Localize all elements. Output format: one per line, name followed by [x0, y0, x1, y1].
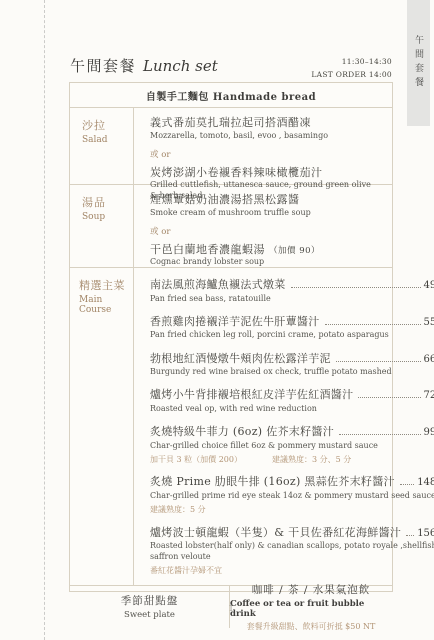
main-dish-6-zh: 炙燒 Prime 肋眼牛排 (16oz) 黑蒜佐芥末籽醬汁	[150, 473, 395, 489]
main-dish-2-zh: 香煎雞肉捲襯洋芋泥佐牛肝蕈醬汁	[150, 313, 320, 329]
dot-leader	[336, 361, 421, 362]
page-title: 午間套餐Lunch set	[70, 55, 218, 76]
salad-content-cell: 義式番茄莫扎瑞拉起司搭酒醋凍 Mozzarella, tomoto, basil…	[134, 108, 392, 184]
drink-zh: 咖啡 / 茶 / 水果氣泡飲	[252, 582, 370, 597]
soup-label-cell: 湯品 Soup	[70, 185, 134, 267]
dot-leader	[358, 397, 420, 398]
salad-or-separator: 或 or	[150, 148, 379, 160]
dot-leader	[339, 434, 421, 435]
main-dish-5-note-doneness: 建議熟度：3 分、5 分	[272, 454, 351, 465]
main-course-row: 精選主菜 Main Course 南法風煎海鱸魚襯法式燉菜 490 Pan fr…	[70, 268, 392, 586]
main-label-zh: 精選主菜	[79, 277, 133, 293]
fold-dashed-line	[44, 0, 45, 640]
main-dish-2-price: 550	[424, 317, 434, 328]
main-dish-7-zh: 爐烤波士頓龍蝦（半隻）& 干貝佐番紅花海鮮醬汁	[150, 524, 401, 540]
salad-label-en: Salad	[82, 135, 133, 145]
main-dish-4-line: 爐烤小牛背排襯培根紅皮洋芋佐紅酒醬汁 720	[150, 386, 434, 402]
main-dish-4: 爐烤小牛背排襯培根紅皮洋芋佐紅酒醬汁 720 Roasted veal op, …	[150, 386, 434, 414]
main-dish-5: 炙燒特級牛菲力 (6oz) 佐芥末籽醬汁 990 Char-grilled ch…	[150, 423, 434, 465]
dot-leader	[400, 484, 414, 485]
main-dish-6-notes: 建議熟度：5 分	[150, 504, 434, 515]
main-dish-6: 炙燒 Prime 肋眼牛排 (16oz) 黑蒜佐芥末籽醬汁 1480 Char-…	[150, 473, 434, 515]
main-label-en: Main Course	[79, 295, 133, 315]
main-dish-6-price: 1480	[417, 477, 434, 488]
main-dish-5-en: Char-grilled choice fillet 6oz & pommery…	[150, 441, 434, 452]
main-dish-1: 南法風煎海鱸魚襯法式燉菜 490 Pan fried sea bass, rat…	[150, 276, 434, 304]
salad-label-zh: 沙拉	[82, 117, 133, 133]
salad-row: 沙拉 Salad 義式番茄莫扎瑞拉起司搭酒醋凍 Mozzarella, tomo…	[70, 108, 392, 185]
soup-item2-zh-text: 干邑白蘭地香濃龍蝦湯	[150, 243, 265, 256]
main-dish-5-note-scallop: 加干貝 3 粒（加價 200）	[150, 454, 242, 465]
dot-leader	[325, 324, 421, 325]
salad-item1-en: Mozzarella, tomoto, basil, evoo , basami…	[150, 131, 379, 142]
soup-or-separator: 或 or	[150, 225, 379, 237]
main-dish-1-line: 南法風煎海鱸魚襯法式燉菜 490	[150, 276, 434, 292]
main-dish-7-note-pregnancy: 番紅花醬汁孕婦不宜	[150, 565, 222, 576]
soup-content-cell: 煙燻蕈菇奶油濃湯搭黑松露醬 Smoke cream of mushroom tr…	[134, 185, 392, 267]
main-dish-7: 爐烤波士頓龍蝦（半隻）& 干貝佐番紅花海鮮醬汁 1560 Roasted lob…	[150, 524, 434, 577]
soup-row: 湯品 Soup 煙燻蕈菇奶油濃湯搭黑松露醬 Smoke cream of mus…	[70, 185, 392, 268]
main-dish-3-zh: 勃根地紅酒慢燉牛頰肉佐松露洋芋泥	[150, 350, 331, 366]
main-dish-1-zh: 南法風煎海鱸魚襯法式燉菜	[150, 276, 286, 292]
main-dish-4-en: Roasted veal op, with red wine reduction	[150, 404, 434, 415]
side-tab-lunch-set: 午間套餐	[407, 0, 430, 126]
soup-item2-zh: 干邑白蘭地香濃龍蝦湯 （加價 90）	[150, 243, 379, 257]
salad-item1-zh: 義式番茄莫扎瑞拉起司搭酒醋凍	[150, 116, 379, 130]
drink-upgrade-note: 套餐升級甜點、飲料可折抵 $50 NT	[247, 621, 376, 632]
main-dish-7-line: 爐烤波士頓龍蝦（半隻）& 干貝佐番紅花海鮮醬汁 1560	[150, 524, 434, 540]
main-content-cell: 南法風煎海鱸魚襯法式燉菜 490 Pan fried sea bass, rat…	[134, 268, 434, 585]
menu-table: 自製手工麵包 Handmade bread 沙拉 Salad 義式番茄莫扎瑞拉起…	[69, 82, 393, 592]
soup-item1-en: Smoke cream of mushroom truffle soup	[150, 208, 379, 219]
soup-item2-surcharge: （加價 90）	[269, 246, 320, 256]
dot-leader	[291, 287, 421, 288]
main-dish-3-en: Burgundy red wine braised ox check, truf…	[150, 367, 434, 378]
soup-item1-zh: 煙燻蕈菇奶油濃湯搭黑松露醬	[150, 193, 379, 207]
main-dish-6-en: Char-grilled prime rid eye steak 14oz & …	[150, 491, 434, 502]
main-dish-3: 勃根地紅酒慢燉牛頰肉佐松露洋芋泥 660 Burgundy red wine b…	[150, 350, 434, 378]
main-dish-3-price: 660	[424, 354, 434, 365]
main-dish-5-price: 990	[424, 427, 434, 438]
page-title-en: Lunch set	[143, 57, 218, 75]
soup-label-zh: 湯品	[82, 194, 133, 210]
main-dish-1-en: Pan fried sea bass, ratatouille	[150, 294, 434, 305]
soup-item2-en: Cognac brandy lobster soup	[150, 257, 379, 268]
main-dish-5-notes: 加干貝 3 粒（加價 200） 建議熟度：3 分、5 分	[150, 454, 434, 465]
main-dish-2-en: Pan fried chicken leg roll, porcini cram…	[150, 330, 434, 341]
bread-header-row: 自製手工麵包 Handmade bread	[70, 83, 392, 108]
bread-label: 自製手工麵包 Handmade bread	[146, 88, 316, 103]
soup-label-en: Soup	[82, 212, 133, 222]
main-dish-7-en: Roasted lobster(half only) & canadian sc…	[150, 541, 434, 563]
hours-range: 11:30–14:30	[311, 56, 392, 69]
main-label-cell: 精選主菜 Main Course	[70, 268, 134, 585]
main-dish-4-price: 720	[424, 390, 434, 401]
page-number: 1	[69, 604, 393, 613]
main-dish-6-line: 炙燒 Prime 肋眼牛排 (16oz) 黑蒜佐芥末籽醬汁 1480	[150, 473, 434, 489]
page-title-zh: 午間套餐	[70, 57, 136, 75]
main-dish-5-line: 炙燒特級牛菲力 (6oz) 佐芥末籽醬汁 990	[150, 423, 434, 439]
salad-label-cell: 沙拉 Salad	[70, 108, 134, 184]
main-dish-2: 香煎雞肉捲襯洋芋泥佐牛肝蕈醬汁 550 Pan fried chicken le…	[150, 313, 434, 341]
main-dish-7-price: 1560	[417, 528, 434, 539]
salad-item2-zh: 炭烤澎湖小卷襯香料辣味橄欖茄汁	[150, 166, 379, 180]
main-dish-3-line: 勃根地紅酒慢燉牛頰肉佐松露洋芋泥 660	[150, 350, 434, 366]
main-dish-6-note-doneness: 建議熟度：5 分	[150, 504, 206, 515]
main-dish-1-price: 490	[424, 280, 434, 291]
last-order: LAST ORDER 14:00	[311, 69, 392, 82]
service-hours: 11:30–14:30 LAST ORDER 14:00	[311, 56, 392, 82]
main-dish-4-zh: 爐烤小牛背排襯培根紅皮洋芋佐紅酒醬汁	[150, 386, 353, 402]
main-dish-2-line: 香煎雞肉捲襯洋芋泥佐牛肝蕈醬汁 550	[150, 313, 434, 329]
side-tab-label: 午間套餐	[412, 35, 425, 91]
main-dish-5-zh: 炙燒特級牛菲力 (6oz) 佐芥末籽醬汁	[150, 423, 334, 439]
main-dish-7-notes: 番紅花醬汁孕婦不宜	[150, 565, 434, 576]
dot-leader	[406, 535, 414, 536]
